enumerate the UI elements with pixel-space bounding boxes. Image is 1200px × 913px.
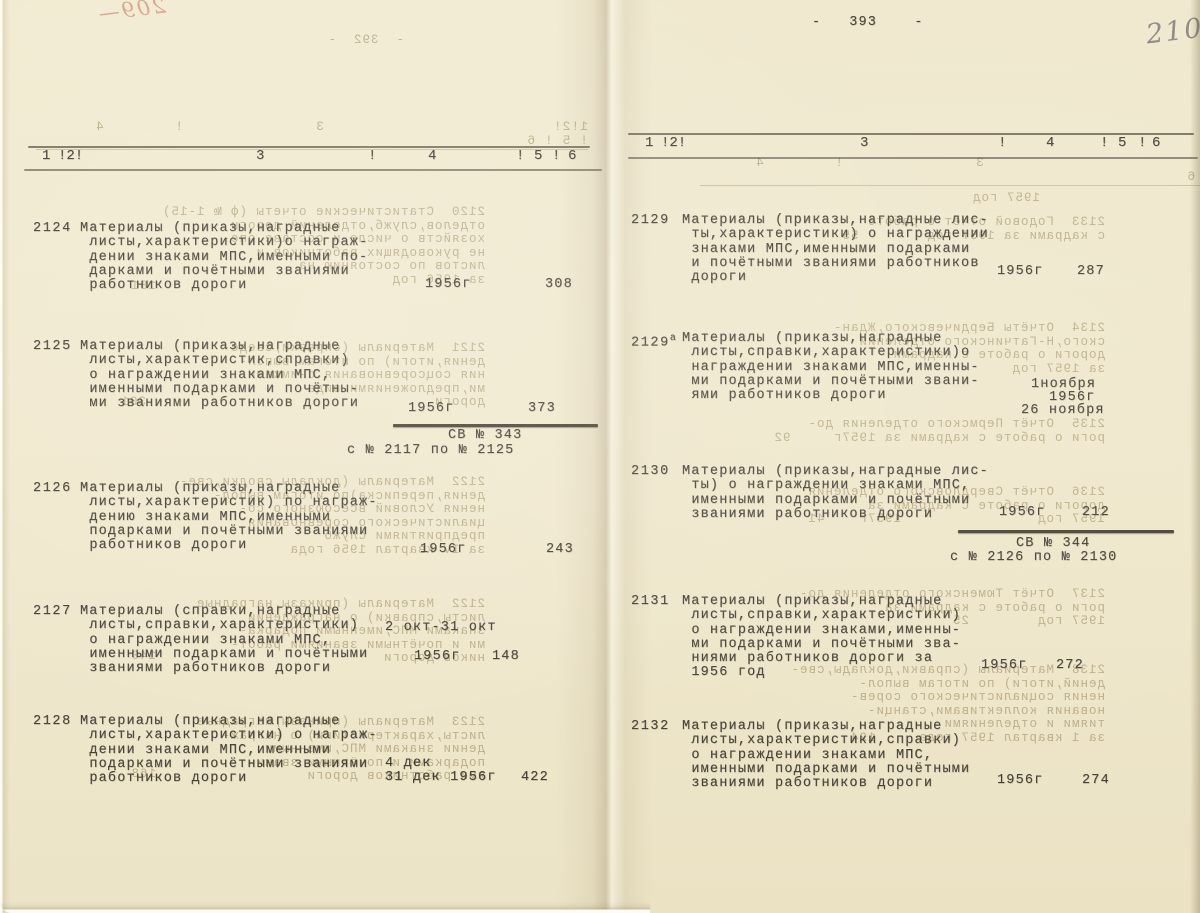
right-ruler-top-line — [628, 133, 1194, 135]
entry-date: 1956г — [981, 659, 1028, 673]
right-ruler-bottom-line — [628, 157, 1198, 159]
entry-description: Материалы (приказы,наградные листы,харак… — [80, 715, 390, 786]
left-ruler-mark: 1 — [42, 148, 50, 164]
page-number-typed: - 393 - — [812, 16, 924, 30]
left-ruler-mark: 5 — [534, 148, 542, 164]
right-ruler-mark: ! — [1138, 135, 1146, 151]
entry-date: 1956г — [414, 650, 461, 664]
entry-number: 2126 — [33, 482, 72, 496]
left-ruler-bottom-line — [24, 169, 602, 171]
entry-number: 2129а — [631, 332, 676, 351]
entry-description: Материалы (приказы,наградные листы,харак… — [682, 720, 1012, 791]
entry-date: 1956г — [420, 543, 467, 557]
summary-range: с № 2117 по № 2125 — [347, 444, 514, 458]
entry-date: 1956г — [997, 265, 1044, 279]
left-ruler-mark: 4 — [428, 148, 436, 164]
entry-date-end: 31 дек 1956г — [385, 771, 497, 785]
entry-sheet-count: 308 — [545, 278, 573, 292]
entry-sheet-count: 212 — [1082, 506, 1110, 520]
left-ruler-mark: ! — [368, 148, 376, 164]
summary-rule — [393, 424, 598, 427]
summary-rule — [958, 530, 1174, 533]
right-ruler-mark: 1 — [645, 135, 653, 151]
right-ruler-mark: !2! — [661, 135, 686, 151]
right-ruler-mark: 6 — [1152, 135, 1160, 151]
entry-sheet-count: 243 — [546, 543, 574, 557]
summary-range: с № 2126 по № 2130 — [950, 551, 1117, 565]
entry-date: 1956г — [425, 278, 472, 292]
bleed-through-text: 1957 год — [910, 192, 1040, 206]
entry-number: 2124 — [33, 222, 72, 236]
right-ruler-mark: 5 — [1118, 135, 1126, 151]
left-ruler-mark: ! — [552, 148, 560, 164]
entry-date-range: 2 окт-31 окт — [385, 621, 497, 635]
entry-description: Материалы (приказы,наградные лис- ты,хар… — [682, 214, 1012, 285]
bleed-through-text: 2135 Отчёт Пермского отделения до- роги … — [770, 418, 1105, 445]
left-ruler-mark: 3 — [256, 148, 264, 164]
entry-date: 1956г — [997, 774, 1044, 788]
entry-number-suffix: а — [670, 333, 676, 344]
entry-date-end: 26 ноября — [1021, 404, 1105, 418]
left-ruler-mark: ! — [516, 148, 524, 164]
right-ruler-mark: ! — [998, 135, 1006, 151]
entry-date: 1956г — [999, 506, 1046, 520]
entry-number: 2128 — [33, 715, 72, 729]
entry-description: Материалы (приказы,наградные листы,харак… — [80, 340, 390, 411]
entry-description: Материалы (приказы,наградные листы,справ… — [682, 595, 1012, 681]
entry-number: 2129 — [631, 214, 670, 228]
entry-sheet-count: 272 — [1056, 659, 1084, 673]
entry-number: 2132 — [631, 720, 670, 734]
entry-description: Материалы (приказы,наградные лис- ты) о … — [682, 465, 1012, 522]
entry-date: 1956г — [408, 402, 455, 416]
left-ruler-mark: 6 — [568, 148, 576, 164]
page-number-handwritten: 210 — [1144, 13, 1200, 51]
entry-sheet-count: 274 — [1082, 774, 1110, 788]
archive-book-spread: 209—- 392 -1!2! 3 ! 4 ! 5 ! 62120 Статис… — [0, 0, 1200, 913]
entry-description: Материалы (приказы,наградные листы,справ… — [682, 332, 1012, 403]
bleed-through-text: 1!2! 3 ! 4 ! 5 ! 6 — [700, 156, 1200, 186]
entry-number: 2131 — [631, 595, 670, 609]
entry-number: 2125 — [33, 340, 72, 354]
right-ruler-mark: ! — [1100, 135, 1108, 151]
entry-number: 2127 — [33, 605, 72, 619]
entry-description: Материалы (справки,наградные листы,справ… — [80, 605, 390, 676]
right-ruler-mark: 3 — [860, 135, 868, 151]
entry-sheet-count: 373 — [528, 402, 556, 416]
left-ruler-mark: !2! — [58, 148, 83, 164]
bleed-through-text: - 392 - — [244, 34, 404, 48]
entry-sheet-count: 422 — [521, 771, 549, 785]
entry-sheet-count: 287 — [1077, 265, 1105, 279]
entry-description: Материалы (приказы,наградные листы,харак… — [80, 222, 390, 293]
summary-sv-number: СВ № 343 — [448, 429, 522, 443]
left-ruler-top-line — [28, 146, 590, 148]
entry-sheet-count: 148 — [492, 650, 520, 664]
entry-description: Материалы (приказы,наградные листы,харак… — [80, 482, 390, 553]
right-ruler-mark: 4 — [1046, 135, 1054, 151]
entry-number: 2130 — [631, 465, 670, 479]
